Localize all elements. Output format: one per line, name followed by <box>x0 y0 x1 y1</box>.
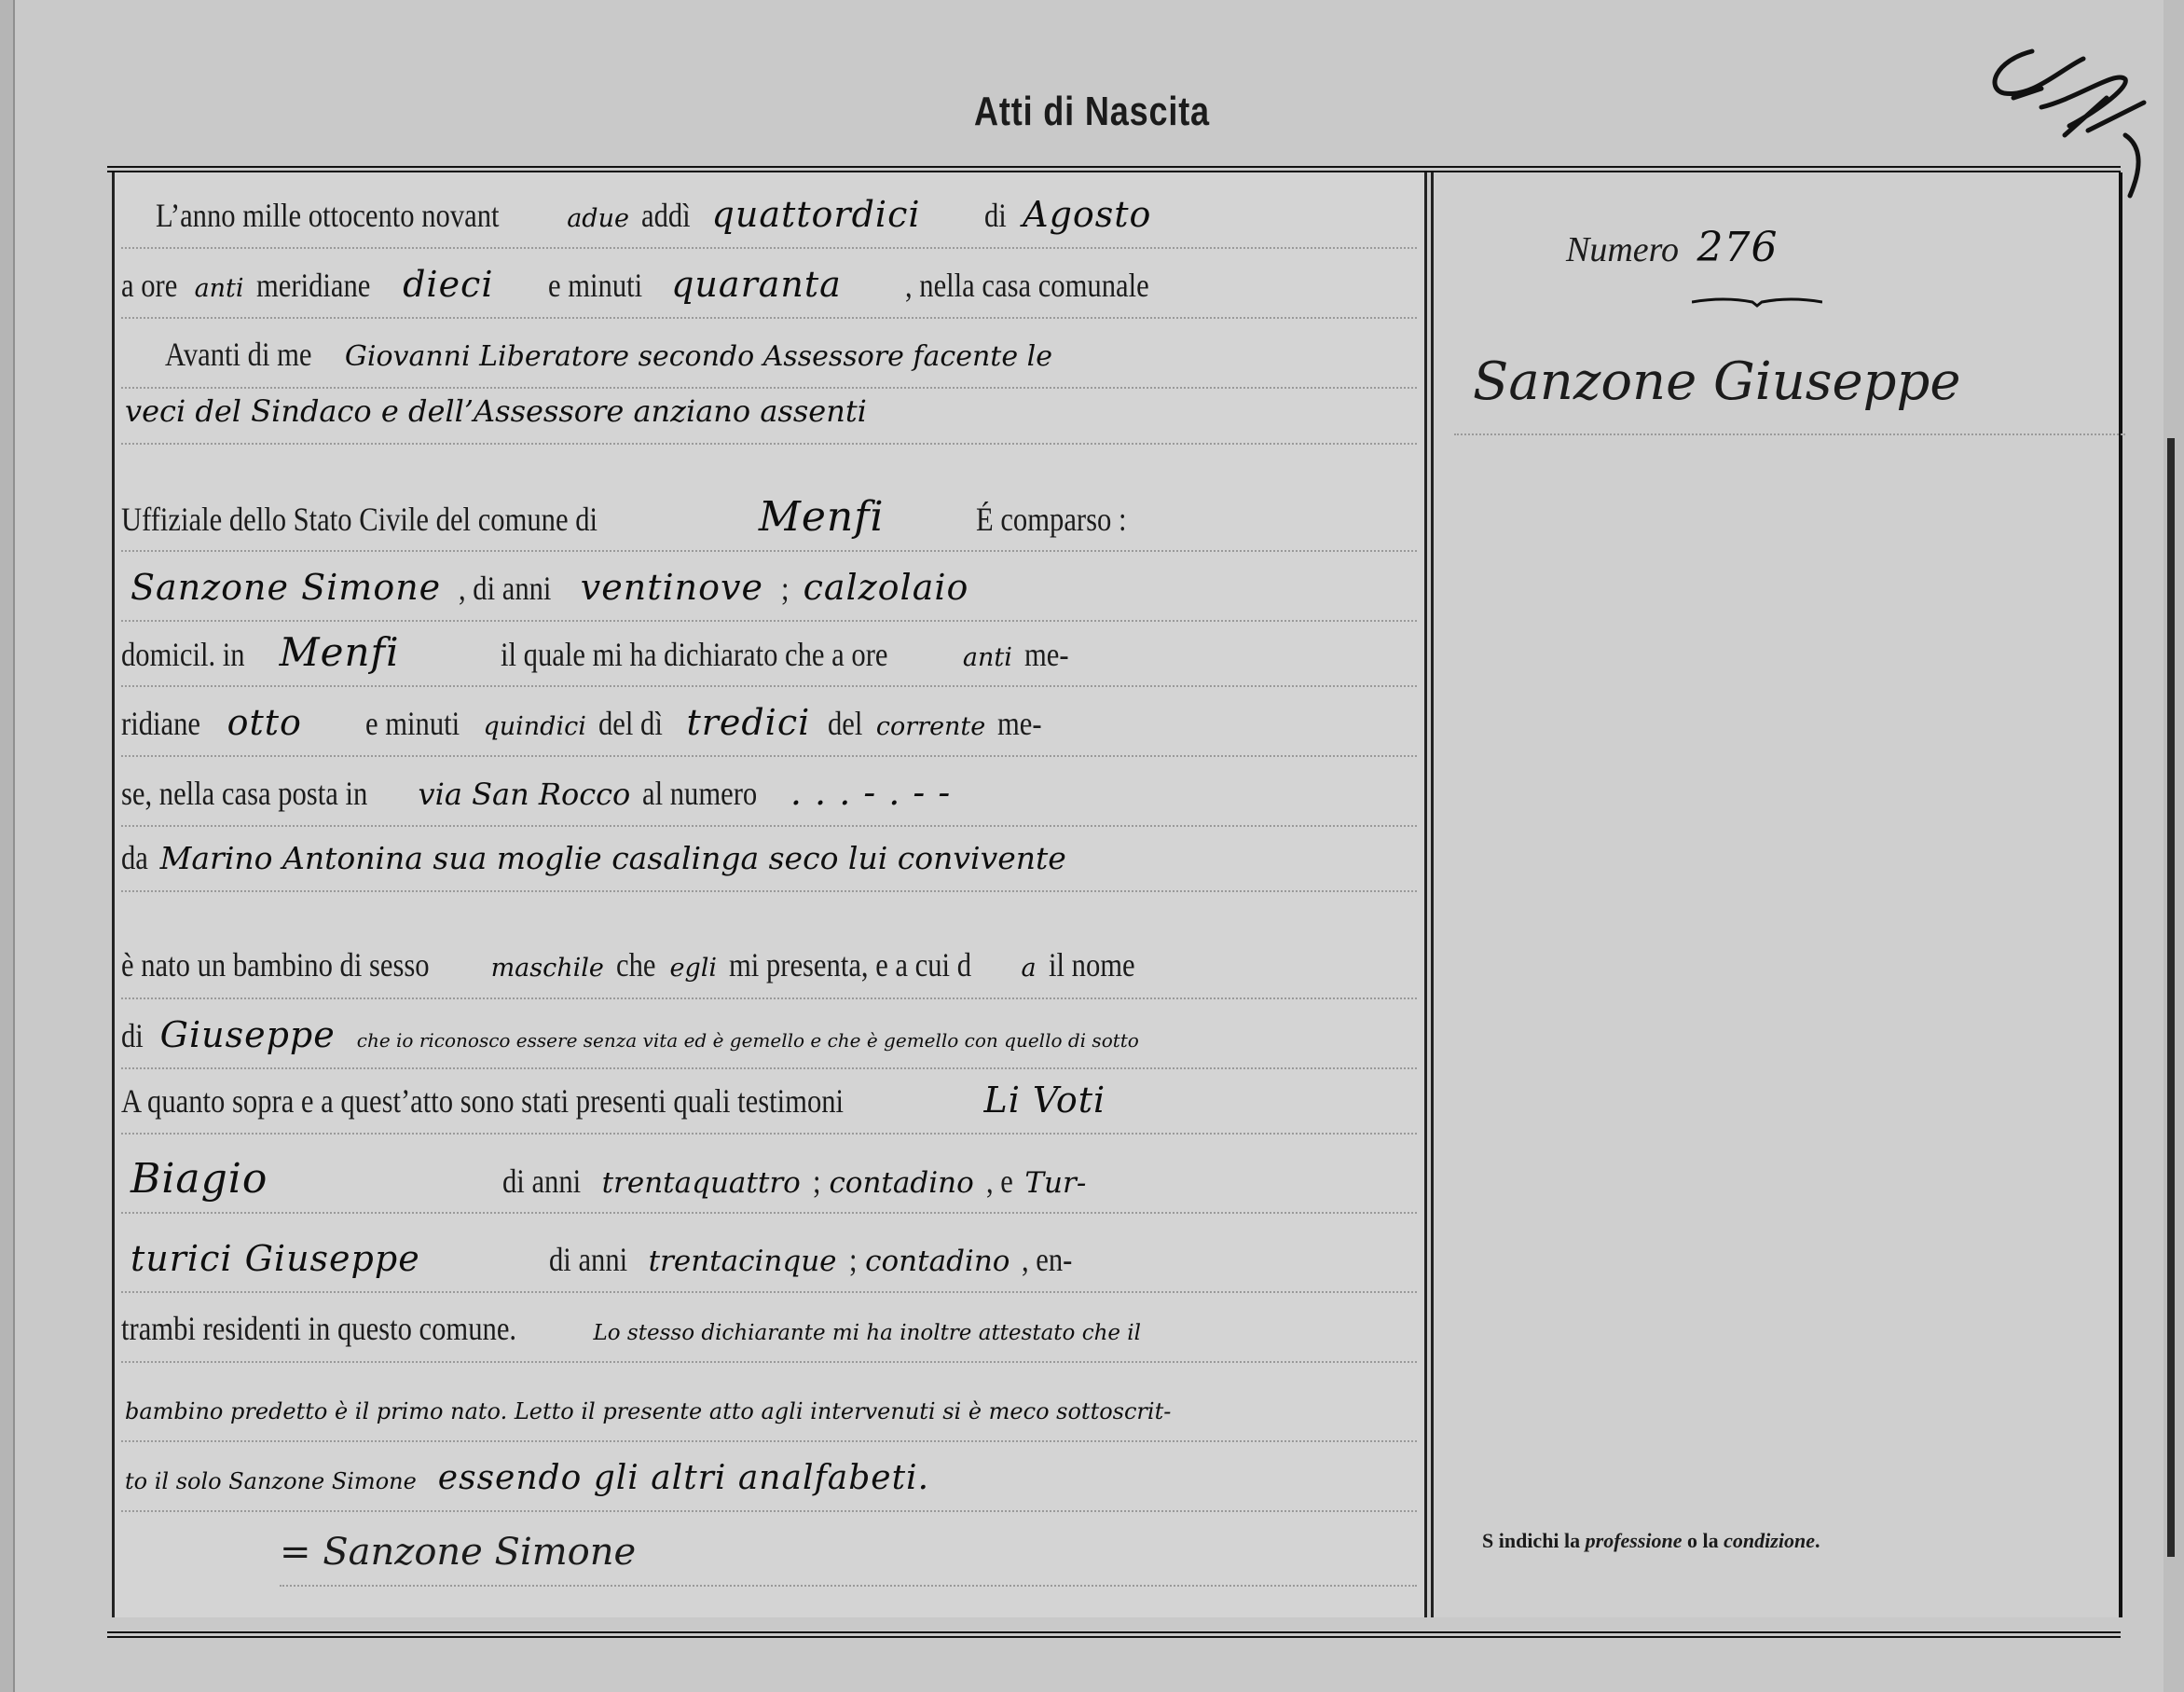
numero-value: 276 <box>1688 224 1788 271</box>
handwritten-profession: calzolaio <box>794 555 979 620</box>
handwritten-witness1-name: Biagio <box>121 1147 494 1212</box>
handwritten-minutes: quaranta <box>662 252 851 317</box>
page-title: Atti di Nascita <box>197 89 1987 135</box>
printed-text: di anni <box>549 1227 627 1292</box>
handwritten-age: ventinove <box>571 555 773 620</box>
declarant-signature: = Sanzone Simone <box>280 1520 1417 1587</box>
printed-text: a ore <box>121 253 177 318</box>
numero-label: Numero <box>1566 230 1679 269</box>
printed-text: domicil. in <box>121 622 245 687</box>
handwritten-addendum-cont: bambino predetto è il primo nato. Letto … <box>121 1379 1174 1444</box>
record-line-13: A quanto sopra e a quest’atto sono stati… <box>121 1067 1417 1135</box>
printed-text: meridiane <box>256 253 370 318</box>
handwritten-birth-hour: otto <box>218 690 311 755</box>
printed-text: del dì <box>598 691 663 756</box>
printed-text: è nato un bambino di sesso <box>121 932 430 997</box>
printed-text: me- <box>997 691 1042 756</box>
handwritten-letter: a <box>1018 936 1040 1001</box>
printed-text: , e <box>986 1149 1013 1214</box>
handwritten-birth-minutes: quindici <box>479 695 589 760</box>
handwritten-day: quattordici <box>703 182 930 247</box>
record-line-10: da Marino Antonina sua moglie casalinga … <box>121 825 1417 892</box>
handwritten-year: adue <box>563 186 633 252</box>
footnote-italic: professione <box>1586 1529 1683 1552</box>
record-line-4: veci del Sindaco e dell’Assessore anzian… <box>121 378 1417 445</box>
record-line-5: Uffiziale dello Stato Civile del comune … <box>121 485 1417 552</box>
handwritten-comune: Menfi <box>749 485 894 550</box>
handwritten-address: via San Rocco <box>415 762 635 827</box>
handwritten-domicile: Menfi <box>270 620 409 685</box>
footnote-text: S indichi la <box>1482 1529 1586 1552</box>
printed-text: addì <box>641 183 691 248</box>
printed-text: se, nella casa posta in <box>121 761 367 826</box>
printed-text: É comparso : <box>976 487 1126 552</box>
printed-text: che <box>616 932 655 997</box>
record-line-17: bambino predetto è il primo nato. Letto … <box>121 1375 1417 1442</box>
handwritten-note: che io riconosco essere senza vita ed è … <box>353 1008 1143 1073</box>
record-line-14: Biagio di anni trentaquattro ; contadino… <box>121 1147 1417 1214</box>
printed-text: al numero <box>642 761 757 826</box>
record-number: Numero 276 <box>1566 224 1788 271</box>
handwritten-sex: maschile <box>488 936 608 1001</box>
handwritten-birth-day: tredici <box>677 690 819 755</box>
handwritten-am-pm: anti <box>959 626 1016 691</box>
printed-text: Uffiziale dello Stato Civile del comune … <box>121 487 598 552</box>
printed-text: mi presenta, e a cui d <box>729 932 971 997</box>
page-side-mark <box>2167 438 2175 1557</box>
handwritten-mother: Marino Antonina sua moglie casalinga sec… <box>157 826 1070 891</box>
footnote-text: . <box>1815 1529 1820 1552</box>
printed-text: di <box>984 183 1007 248</box>
printed-text: da <box>121 825 148 890</box>
handwritten-witness1-profession: contadino <box>825 1150 977 1216</box>
printed-text: e minuti <box>365 691 460 756</box>
printed-text: ; <box>813 1149 821 1214</box>
handwritten-month: Agosto <box>1013 182 1161 247</box>
record-line-1: L’anno mille ottocento novant adue addì … <box>121 182 1417 249</box>
record-line-2: a ore anti meridiane dieci e minuti quar… <box>121 252 1417 319</box>
handwritten-signatory: to il solo Sanzone Simone <box>121 1449 420 1514</box>
record-line-18: to il solo Sanzone Simone essendo gli al… <box>121 1445 1417 1512</box>
handwritten-child-name: Giuseppe <box>151 1002 345 1067</box>
handwritten-pronoun: egli <box>666 936 721 1001</box>
printed-text: , nella casa comunale <box>905 253 1149 318</box>
printed-text: me- <box>1024 622 1069 687</box>
handwritten-witness2-age: trentacinque <box>645 1229 841 1294</box>
sidebar-footnote: S indichi la professione o la condizione… <box>1482 1529 1820 1553</box>
printed-text: e minuti <box>548 253 642 318</box>
handwritten-witness1-surname: Li Voti <box>974 1067 1115 1133</box>
record-line-11: è nato un bambino di sesso maschile che … <box>121 932 1417 999</box>
printed-text: L’anno mille ottocento novant <box>156 183 500 248</box>
printed-text: ; <box>849 1227 858 1292</box>
page-binding-edge <box>0 0 15 1692</box>
handwritten-declarant: Sanzone Simone <box>121 555 450 620</box>
record-line-9: se, nella casa posta in via San Rocco al… <box>121 760 1417 827</box>
printed-text: di anni <box>502 1149 581 1214</box>
printed-text: di <box>121 1003 144 1068</box>
printed-text: trambi residenti in questo comune. <box>121 1296 516 1361</box>
printed-text: , di anni <box>459 556 551 621</box>
record-line-16: trambi residenti in questo comune. Lo st… <box>121 1296 1417 1363</box>
handwritten-illiterate-note: essendo gli altri analfabeti. <box>429 1446 939 1511</box>
record-line-15: turici Giuseppe di anni trentacinque ; c… <box>121 1226 1417 1293</box>
printed-text: il quale mi ha dichiarato che a ore <box>501 622 887 687</box>
record-line-6: Sanzone Simone , di anni ventinove ; cal… <box>121 555 1417 622</box>
handwritten-witness1-age: trentaquattro <box>598 1150 804 1216</box>
handwritten-hour: dieci <box>393 252 502 317</box>
handwritten-officer-cont: veci del Sindaco e dell’Assessore anzian… <box>121 378 871 444</box>
printed-text: A quanto sopra e a quest’atto sono stati… <box>121 1068 844 1134</box>
handwritten-am-pm: anti <box>191 256 248 322</box>
handwritten-addendum: Lo stesso dichiarante mi ha inoltre atte… <box>590 1300 1146 1366</box>
record-line-7: domicil. in Menfi il quale mi ha dichiar… <box>121 620 1417 687</box>
printed-text: ; <box>781 556 790 621</box>
printed-text: ridiane <box>121 691 200 756</box>
printed-text: il nome <box>1049 932 1135 997</box>
printed-text: , en- <box>1022 1227 1072 1292</box>
child-name-sidebar: Sanzone Giuseppe <box>1454 331 2125 435</box>
footnote-text: o la <box>1683 1529 1724 1552</box>
record-line-12: di Giuseppe che io riconosco essere senz… <box>121 1002 1417 1069</box>
footnote-italic: condizione <box>1724 1529 1815 1552</box>
handwritten-witness2-surname-start: Tur- <box>1021 1150 1090 1216</box>
handwritten-witness2-profession: contadino <box>861 1229 1013 1294</box>
handwritten-current: corrente <box>872 695 989 760</box>
handwritten-house-number: . . . - . - - <box>781 760 960 825</box>
printed-text: del <box>828 691 862 756</box>
handwritten-witness2-name: turici Giuseppe <box>121 1226 541 1291</box>
ornament-divider-icon <box>1692 296 1822 308</box>
record-line-8: ridiane otto e minuti quindici del dì tr… <box>121 690 1417 757</box>
